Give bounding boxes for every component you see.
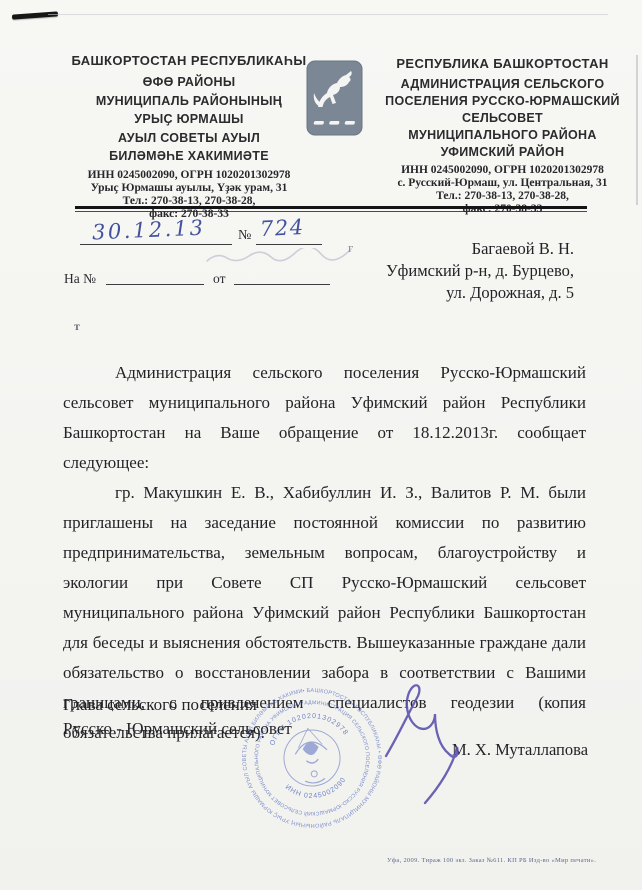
letterhead-left-details: ИНН 0245002090, ОГРН 1020201302978 Урыҫ …: [58, 169, 320, 221]
scanned-letter-page: БАШКОРТОСТАН РЕСПУБЛИКАҺЫ ӨФӨ РАЙОНЫ МУН…: [0, 0, 642, 890]
from-label: от: [213, 271, 225, 287]
scan-artifact-edge-streak: [636, 55, 638, 205]
incoming-number-underline: [106, 284, 204, 285]
horse-emblem-svg: [306, 60, 363, 136]
horse-emblem: [306, 60, 363, 141]
scan-artifact-hairline: [48, 14, 608, 15]
stamp-inn-text: ИНН 0245002090: [283, 775, 350, 804]
number-sign-label: №: [238, 228, 251, 244]
svg-text:ИНН 0245002090: ИНН 0245002090: [283, 775, 350, 804]
body-paragraph-1: Администрация сельского поселения Русско…: [63, 358, 586, 478]
header-separator-rule: [75, 206, 587, 209]
recipient-address-1: Уфимский р-н, д. Бурцево,: [264, 260, 574, 282]
letterhead-left-title: БАШКОРТОСТАН РЕСПУБЛИКАҺЫ: [58, 53, 320, 68]
handwritten-date: 30.12.13: [92, 216, 206, 245]
recipient-name: Багаевой В. Н.: [264, 238, 574, 260]
letterhead-right-russian: РЕСПУБЛИКА БАШКОРТОСТАН АДМИНИСТРАЦИЯ СЕ…: [380, 56, 625, 216]
printer-imprint: Уфа, 2009. Тираж 100 экз. Заказ №611. КП…: [387, 857, 596, 864]
recipient-block: Багаевой В. Н. Уфимский р-н, д. Бурцево,…: [264, 238, 574, 304]
recipient-address-2: ул. Дорожная, д. 5: [264, 282, 574, 304]
letterhead-right-title: РЕСПУБЛИКА БАШКОРТОСТАН: [380, 56, 625, 71]
scan-artifact-dash: [12, 11, 58, 19]
incoming-number-label: На №: [64, 271, 96, 287]
signoff-position: Глава сельского поселения Русско - Юрмаш…: [63, 693, 292, 741]
corner-mark-left: т: [74, 319, 80, 334]
letterhead-right-org: АДМИНИСТРАЦИЯ СЕЛЬСКОГО ПОСЕЛЕНИЯ РУССКО…: [380, 76, 625, 161]
letterhead-left-org: ӨФӨ РАЙОНЫ МУНИЦИПАЛЬ РАЙОНЫНЫҢ УРЫҪ ЮРМ…: [58, 73, 320, 166]
header-separator-rule-thin: [75, 211, 587, 212]
date-underline: [80, 244, 232, 245]
letterhead-left-bashkir: БАШКОРТОСТАН РЕСПУБЛИКАҺЫ ӨФӨ РАЙОНЫ МУН…: [58, 53, 320, 221]
signature-ink: [376, 670, 491, 815]
